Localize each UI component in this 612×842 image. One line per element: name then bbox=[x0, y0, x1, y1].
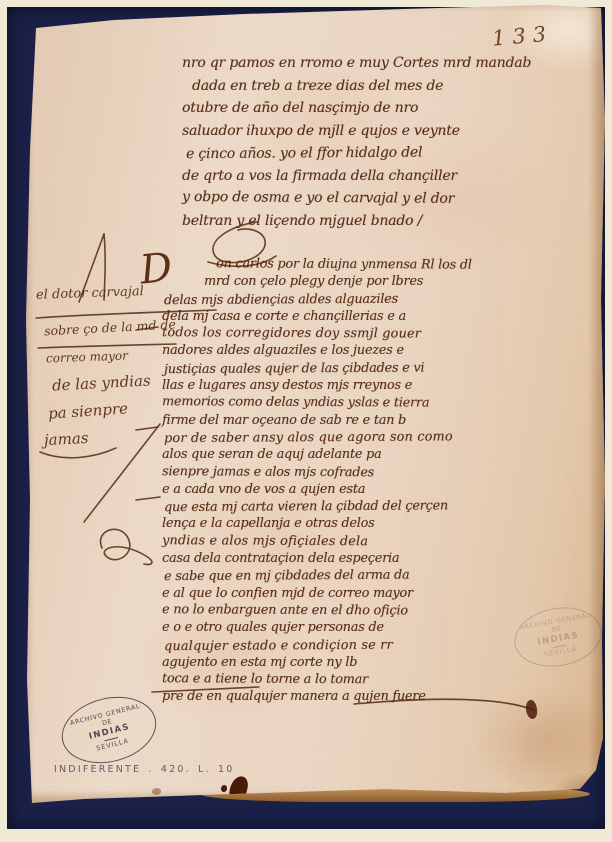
loop-flourish bbox=[100, 529, 151, 564]
manuscript-line: y obpo de osma e yo el carvajal y el dor bbox=[182, 186, 502, 211]
manuscript-line: mrd con çelo plegy denje por lbres bbox=[204, 273, 514, 290]
ink-blot bbox=[221, 785, 227, 792]
manuscript-line: por de saber ansy alos que agora son com… bbox=[164, 428, 516, 447]
manuscript-line: nro qr pamos en rromo e muy Cortes mrd m… bbox=[182, 52, 502, 75]
manuscript-line: nadores aldes alguaziles e los juezes e bbox=[162, 342, 514, 359]
stamp-text: SEVILLA bbox=[543, 645, 577, 659]
manuscript-line: dela mj casa e corte e chançillerias e a bbox=[162, 308, 514, 325]
manuscript-line: firme del mar oçeano de sab re e tan b bbox=[162, 412, 514, 429]
manuscript-line: todos los corregidores doy ssmjl gouer bbox=[162, 324, 514, 343]
manuscript-line: llas e lugares ansy destos mjs rreynos e bbox=[162, 377, 514, 394]
diagonal-flourish bbox=[84, 424, 160, 522]
manuscript-line: otubre de año del nasçimjo de nro bbox=[182, 97, 502, 120]
manuscript-line: dada en treb a treze dias del mes de bbox=[192, 75, 502, 98]
manuscript-line: pre de en qualqujer manera a qujen fuere bbox=[162, 688, 514, 705]
margin-annotation-line: jamas bbox=[44, 429, 89, 449]
line-lead-dash bbox=[136, 497, 160, 500]
manuscript-line: e çinco años. yo el ffor hidalgo del bbox=[186, 141, 502, 166]
margin-annotation-line: correo mayor bbox=[46, 349, 128, 366]
manuscript-line: on carlos por la diujna ynmensa Rl los d… bbox=[216, 255, 514, 274]
jamas-flourish bbox=[40, 448, 116, 458]
archival-reference-number: INDIFERENTE . 420. L. 10 bbox=[54, 764, 234, 775]
manuscript-line: lença e la capellanja e otras delos bbox=[162, 515, 514, 532]
manuscript-line: que esta mj carta vieren la çibdad del ç… bbox=[164, 497, 516, 516]
main-text-block-1: nro qr pamos en rromo e muy Cortes mrd m… bbox=[182, 52, 502, 232]
manuscript-line: beltran y el liçendo mjguel bnado / bbox=[182, 210, 502, 233]
margin-underline bbox=[38, 344, 176, 348]
scanned-manuscript-scene: 133 nro qr pamos en rromo e muy Cortes m… bbox=[0, 0, 612, 842]
manuscript-line: alos que seran de aquj adelante pa bbox=[162, 446, 514, 463]
manuscript-line: agujento en esta mj corte ny lb bbox=[162, 654, 514, 671]
manuscript-line: de qrto a vos la firmada della chançille… bbox=[182, 165, 502, 188]
manuscript-line: e o e otro quales qujer personas de bbox=[162, 619, 514, 636]
manuscript-line: yndias e alos mjs ofiçiales dela bbox=[162, 532, 514, 551]
main-text-block-2: on carlos por la diujna ynmensa Rl los d… bbox=[162, 256, 514, 706]
manuscript-line: delas mjs abdiençias aldes alguaziles bbox=[164, 290, 516, 309]
manuscript-line: e al que lo confien mjd de correo mayor bbox=[162, 585, 514, 602]
manuscript-page: 133 nro qr pamos en rromo e muy Cortes m… bbox=[24, 0, 608, 816]
manuscript-line: e no lo enbarguen ante en el dho ofiçio bbox=[162, 601, 514, 620]
manuscript-line: casa dela contrataçion dela espeçeria bbox=[162, 550, 514, 567]
manuscript-line: qualqujer estado e condiçion se rr bbox=[164, 635, 516, 654]
manuscript-line: memorios como delas yndias yslas e tierr… bbox=[162, 393, 514, 412]
manuscript-line: toca e a tiene lo torne a lo tomar bbox=[162, 670, 514, 689]
manuscript-line: saluador ihuxpo de mjll e qujos e veynte bbox=[182, 120, 502, 143]
manuscript-line: e sabe que en mj çibdades del arma da bbox=[164, 566, 516, 585]
stain-spot bbox=[152, 788, 161, 795]
manuscript-line: sienpre jamas e alos mjs cofrades bbox=[162, 463, 514, 482]
manuscript-line: justiçias quales qujer de las çibdades e… bbox=[164, 359, 516, 378]
manuscript-line: e a cada vno de vos a qujen esta bbox=[162, 481, 514, 498]
